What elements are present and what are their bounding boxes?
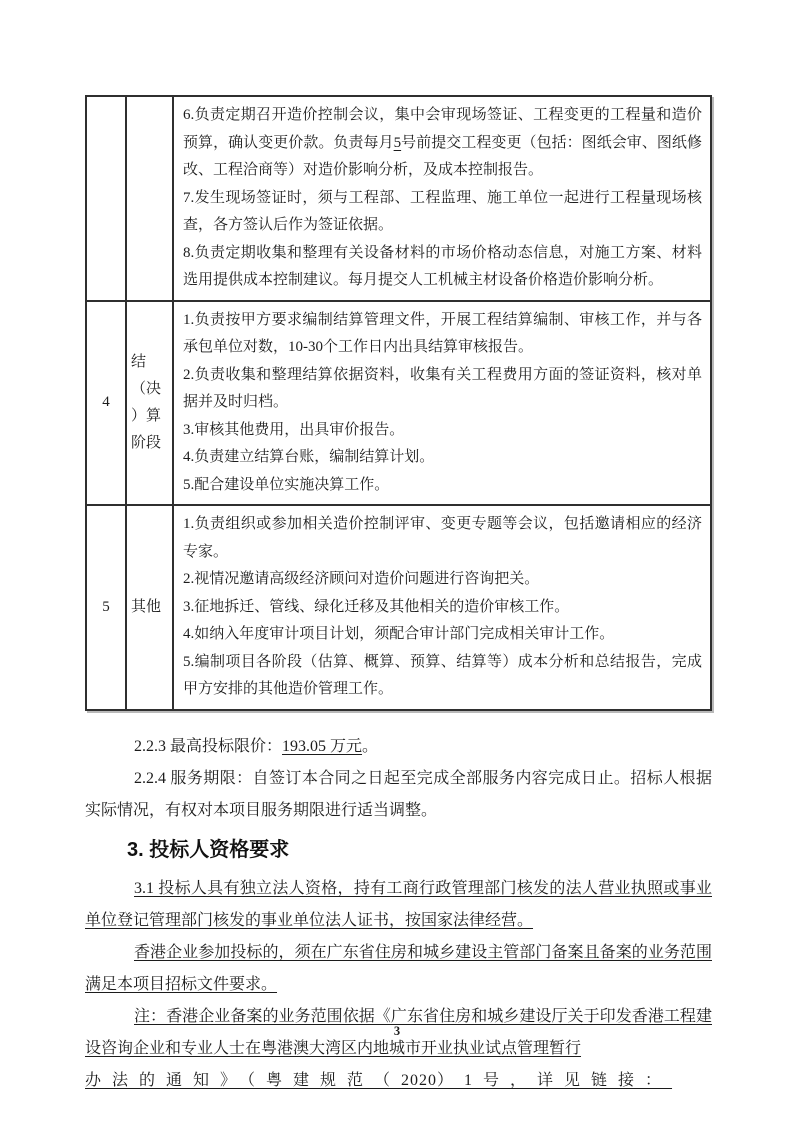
document-content: 6.负责定期召开造价控制会议，集中会审现场签证、工程变更的工程量和造价预算，确认… <box>85 95 712 1097</box>
underlined-text: 香港企业参加投标的，须在广东省住房和城乡建设主管部门备案且备案的业务范围满足本项… <box>85 944 712 993</box>
stage-label-line: 结 <box>131 349 170 376</box>
stage-label-line: 其他 <box>131 594 170 621</box>
table-row-settlement: 4 结 （决 ）算 阶段 1.负责按甲方要求编制结算管理文件，开展工程结算编制、… <box>86 301 711 506</box>
task-item: 5.编制项目各阶段（估算、概算、预算、结算等）成本分析和总结报告，完成甲方安排的… <box>183 649 702 704</box>
task-item: 4.负责建立结算台账，编制结算计划。 <box>183 444 702 472</box>
row-number-cell: 4 <box>86 301 126 506</box>
tasks-cell: 1.负责按甲方要求编制结算管理文件，开展工程结算编制、审核工作，并与各承包单位对… <box>173 301 711 506</box>
task-item: 6.负责定期召开造价控制会议，集中会审现场签证、工程变更的工程量和造价预算，确认… <box>183 102 702 185</box>
responsibility-table: 6.负责定期召开造价控制会议，集中会审现场签证、工程变更的工程量和造价预算，确认… <box>85 95 712 711</box>
paragraph-service-period: 2.2.4 服务期限：自签订本合同之日起至完成全部服务内容完成日止。招标人根据实… <box>85 763 712 827</box>
stage-cell: 结 （决 ）算 阶段 <box>126 301 173 506</box>
stage-label-line: （决 <box>131 376 170 403</box>
row-number-cell: 5 <box>86 505 126 710</box>
row-number-cell <box>86 96 126 301</box>
underlined-text: 办法的通知》（粤建规范（ <box>85 1072 401 1089</box>
task-item: 2.负责收集和整理结算依据资料，收集有关工程费用方面的签证资料，核对单据并及时归… <box>183 362 702 417</box>
task-item: 1.负责组织或参加相关造价控制评审、变更专题等会议，包括邀请相应的经济专家。 <box>183 511 702 566</box>
task-item: 4.如纳入年度审计项目计划，须配合审计部门完成相关审计工作。 <box>183 621 702 649</box>
task-item: 5.配合建设单位实施决算工作。 <box>183 472 702 500</box>
paragraph-note-last-line: 办法的通知》（粤建规范（2020）1号，详见链接： <box>85 1065 712 1097</box>
tasks-cell: 6.负责定期召开造价控制会议，集中会审现场签证、工程变更的工程量和造价预算，确认… <box>173 96 711 301</box>
max-bid-price-value: 193.05 万元 <box>282 738 362 755</box>
page-footer: 3 <box>0 1024 794 1039</box>
task-item: 1.负责按甲方要求编制结算管理文件，开展工程结算编制、审核工作，并与各承包单位对… <box>183 307 702 362</box>
stage-label-line: 阶段 <box>131 430 170 457</box>
underlined-text: ）1号，详见链接： <box>437 1072 672 1089</box>
document-number-year: 2020 <box>401 1072 437 1089</box>
underlined-text: 3.1 投标人具有独立法人资格，持有工商行政管理部门核发的法人营业执照或事业单位… <box>85 880 712 929</box>
paragraph-bidder-qualification: 3.1 投标人具有独立法人资格，持有工商行政管理部门核发的法人营业执照或事业单位… <box>85 873 712 937</box>
task-item: 8.负责定期收集和整理有关设备材料的市场价格动态信息，对施工方案、材料选用提供成… <box>183 240 702 295</box>
stage-cell: 其他 <box>126 505 173 710</box>
body-paragraphs: 2.2.3 最高投标限价：193.05 万元。 2.2.4 服务期限：自签订本合… <box>85 731 712 1097</box>
paragraph-hongkong-enterprise: 香港企业参加投标的，须在广东省住房和城乡建设主管部门备案且备案的业务范围满足本项… <box>85 937 712 1001</box>
paragraph-max-bid-price: 2.2.3 最高投标限价：193.05 万元。 <box>85 731 712 763</box>
task-item: 3.审核其他费用，出具审价报告。 <box>183 417 702 445</box>
task-text-underlined: 5 <box>394 135 402 151</box>
page-number: 3 <box>394 1024 400 1038</box>
stage-label-line: ）算 <box>131 403 170 430</box>
task-item: 3.征地拆迁、管线、绿化迁移及其他相关的造价审核工作。 <box>183 594 702 622</box>
task-item: 2.视情况邀请高级经济顾问对造价问题进行咨询把关。 <box>183 566 702 594</box>
tasks-cell: 1.负责组织或参加相关造价控制评审、变更专题等会议，包括邀请相应的经济专家。 2… <box>173 505 711 710</box>
task-item: 7.发生现场签证时，须与工程部、工程监理、施工单位一起进行工程量现场核查，各方签… <box>183 185 702 240</box>
paragraph-text: 2.2.3 最高投标限价： <box>134 738 282 755</box>
stage-cell <box>126 96 173 301</box>
table-row-other: 5 其他 1.负责组织或参加相关造价控制评审、变更专题等会议，包括邀请相应的经济… <box>86 505 711 710</box>
paragraph-text: 。 <box>362 738 378 755</box>
section-heading-qualifications: 3. 投标人资格要求 <box>127 833 712 867</box>
table-row-continuation: 6.负责定期召开造价控制会议，集中会审现场签证、工程变更的工程量和造价预算，确认… <box>86 96 711 301</box>
document-page: 6.负责定期召开造价控制会议，集中会审现场签证、工程变更的工程量和造价预算，确认… <box>0 0 794 1123</box>
